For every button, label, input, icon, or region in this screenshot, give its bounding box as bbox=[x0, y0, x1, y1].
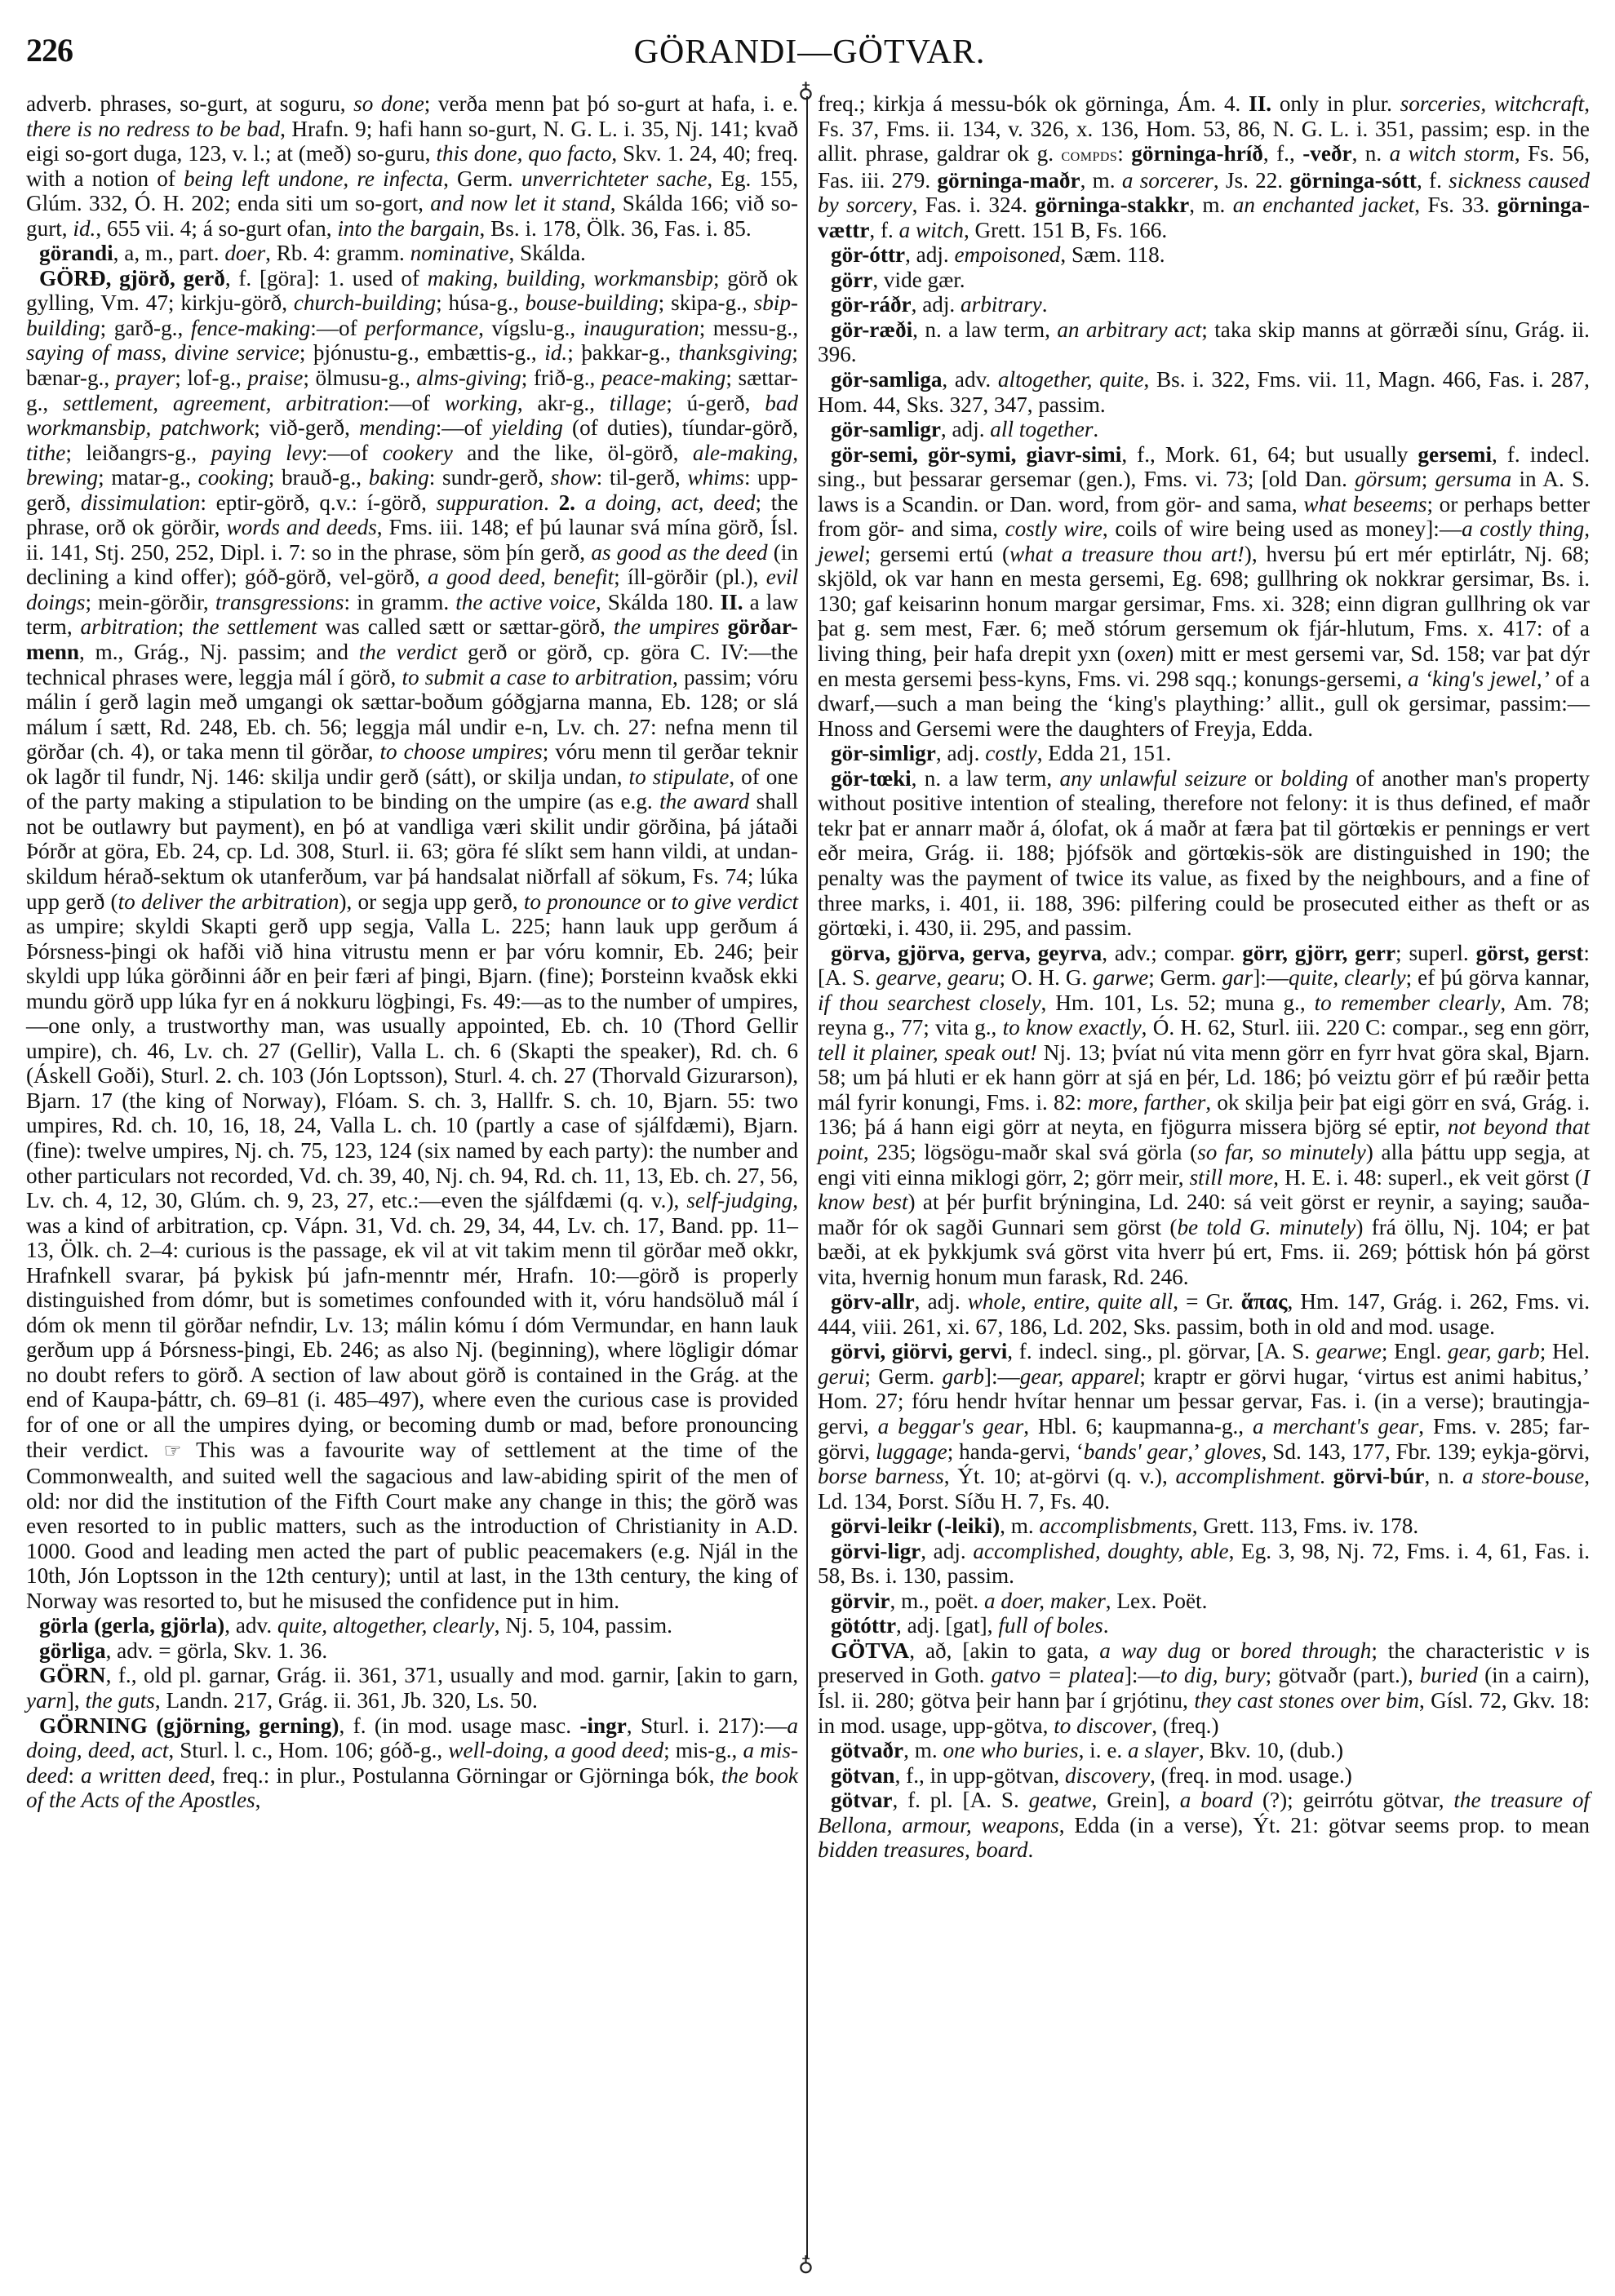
entry-text: cookery bbox=[383, 441, 453, 465]
entry-text: , adj. bbox=[941, 417, 990, 441]
entry-text: saying of mass, divine service bbox=[26, 340, 299, 365]
headword: görla (gerla, gjörla) bbox=[39, 1613, 224, 1638]
entry-text: :—of bbox=[310, 316, 365, 340]
entry-text: and now let it stand bbox=[430, 191, 610, 215]
entry-text: ; skipa-g., bbox=[659, 290, 754, 315]
dictionary-entry: görva, gjörva, gerva, geyrva, adv.; comp… bbox=[818, 941, 1590, 1290]
entry-text: to give verdict bbox=[672, 889, 798, 914]
entry-text: : sundr-gerð, bbox=[429, 465, 551, 490]
entry-text: yielding bbox=[491, 415, 563, 440]
entry-text: , f. bbox=[1417, 168, 1449, 193]
entry-text: . bbox=[1042, 292, 1048, 317]
entry-text: a ‘king's jewel,’ bbox=[1408, 667, 1550, 691]
entry-text: a written deed bbox=[81, 1763, 210, 1788]
entry-text: , f. pl. [A. S. bbox=[893, 1788, 1029, 1812]
entry-text: to discover bbox=[1054, 1713, 1151, 1738]
left-column: adverb. phrases, so-gurt, at soguru, so … bbox=[26, 91, 798, 1813]
entry-text: accomplished, doughty, able bbox=[973, 1539, 1228, 1563]
entry-text: , f., bbox=[1263, 141, 1302, 166]
entry-text: , coils of wire being used as money]:— bbox=[1103, 516, 1462, 541]
entry-text: praise bbox=[247, 366, 303, 390]
entry-text: any unlawful seizure bbox=[1060, 766, 1247, 791]
entry-text: gersuma bbox=[1435, 467, 1512, 491]
headword: görninga-stakkr bbox=[1035, 193, 1189, 217]
entry-text: a store-bouse bbox=[1462, 1464, 1584, 1488]
entry-text: ; gersemi ertú ( bbox=[864, 542, 1009, 566]
entry-text: a slayer bbox=[1128, 1738, 1199, 1762]
entry-text: ; ef þú görva kannar, bbox=[1406, 965, 1590, 990]
dictionary-entry: görvi, giörvi, gervi, f. indecl. sing., … bbox=[818, 1339, 1590, 1514]
entry-text: the award bbox=[659, 789, 749, 813]
dictionary-entry: GÖRNING (gjörning, gerning), f. (in mod.… bbox=[26, 1713, 798, 1813]
entry-text: geatwe bbox=[1029, 1788, 1092, 1812]
entry-text: gear, garb bbox=[1448, 1339, 1540, 1363]
entry-text: , a, m., part. bbox=[113, 241, 225, 265]
entry-text: tell it plainer, speak out! bbox=[818, 1040, 1037, 1065]
entry-text: paying levy bbox=[211, 441, 322, 465]
entry-text: unverrichteter sache bbox=[521, 166, 708, 191]
entry-text: , adj. bbox=[912, 292, 961, 317]
entry-text: to know exactly bbox=[1003, 1015, 1142, 1039]
dictionary-entry: götóttr, adj. [gat], full of boles. bbox=[818, 1613, 1590, 1638]
entry-text: ; messu-g., bbox=[699, 316, 798, 340]
entry-text: : bbox=[1117, 141, 1131, 166]
entry-text: suppuration bbox=[437, 490, 544, 515]
entry-text: ; mis-g., bbox=[663, 1738, 743, 1762]
entry-text: a board bbox=[1180, 1788, 1253, 1812]
entry-text: :—of bbox=[436, 415, 492, 440]
entry-text: adverb. phrases, so-gurt, at soguru, bbox=[26, 91, 353, 116]
entry-text: if thou searchest closely bbox=[818, 991, 1041, 1015]
entry-text: , f. indecl. sing., pl. görvar, [A. S. bbox=[1007, 1339, 1316, 1363]
entry-text: , Fs. 33. bbox=[1414, 193, 1497, 217]
entry-text: bored through bbox=[1240, 1638, 1371, 1663]
headword: gör-simligr bbox=[831, 741, 936, 765]
entry-text: whims bbox=[687, 465, 744, 490]
headword: görv-allr bbox=[831, 1289, 915, 1314]
entry-text: inauguration bbox=[583, 316, 699, 340]
entry-text: the guts bbox=[86, 1688, 155, 1713]
entry-text: altogether, quite bbox=[998, 367, 1144, 392]
entry-text: :—of bbox=[384, 391, 445, 415]
entry-text: , Ó. H. 62, Sturl. iii. 220 C: compar., … bbox=[1142, 1015, 1590, 1039]
headword: gör-ráðr bbox=[831, 292, 912, 317]
entry-text: nominative bbox=[410, 241, 509, 265]
entry-text: ; garð-g., bbox=[100, 316, 191, 340]
entry-text: , Grein], bbox=[1092, 1788, 1180, 1812]
dictionary-entry: görr, vide gær. bbox=[818, 268, 1590, 293]
entry-text: , Sd. 143, 177, Fbr. 139; eykja-görvi, bbox=[1262, 1439, 1590, 1464]
dictionary-entry: görliga, adv. = görla, Skv. 1. 36. bbox=[26, 1638, 798, 1664]
entry-text: , f. bbox=[869, 218, 898, 242]
entry-text bbox=[575, 490, 585, 515]
headword: görvi, giörvi, gervi bbox=[831, 1339, 1007, 1363]
dictionary-entry: gör-ráðr, adj. arbitrary. bbox=[818, 292, 1590, 317]
entry-text: was called sætt or sættar-görð, bbox=[317, 614, 614, 639]
entry-text: ; O. H. G. bbox=[1000, 965, 1094, 990]
entry-text: , Landn. 217, Grág. ii. 361, Jb. 320, Ls… bbox=[155, 1688, 538, 1713]
entry-text: (of duties), tíundar-görð, bbox=[563, 415, 798, 440]
page-title: GÖRANDI—GÖTVAR. bbox=[26, 33, 1593, 72]
headword: gör-semi, gör-symi, giavr-simi bbox=[831, 442, 1121, 467]
entry-text: , m. bbox=[1000, 1514, 1039, 1538]
entry-text: oxen bbox=[1125, 641, 1166, 666]
entry-text: , vide gær. bbox=[872, 268, 965, 292]
headword: götvar bbox=[831, 1788, 893, 1812]
entry-text: garb bbox=[943, 1364, 984, 1389]
headword: -ingr bbox=[579, 1713, 626, 1738]
entry-text: gatvo = platea bbox=[992, 1663, 1125, 1687]
entry-text: , = Gr. bbox=[1173, 1289, 1241, 1314]
entry-text: mending bbox=[359, 415, 436, 440]
entry-text: , freq.: in plur., Postulanna Görningar … bbox=[210, 1763, 721, 1788]
headword: -veðr bbox=[1302, 141, 1351, 166]
entry-text: , akr-g., bbox=[517, 391, 610, 415]
entry-text: whole, entire, quite all bbox=[968, 1289, 1173, 1314]
entry-text: id. bbox=[73, 216, 95, 241]
entry-text: to stipulate bbox=[629, 765, 730, 789]
entry-text: , Lex. Poët. bbox=[1106, 1589, 1208, 1613]
ornament-bottom-icon: ♁ bbox=[798, 2254, 814, 2275]
headword: GÖRNING (gjörning, gerning) bbox=[39, 1713, 339, 1738]
entry-text: ; brauð-g., bbox=[268, 465, 369, 490]
entry-text: ; Engl. bbox=[1382, 1339, 1448, 1363]
entry-text: making, building, workmansbip bbox=[428, 266, 713, 290]
entry-text: be told G. minutely bbox=[1177, 1215, 1355, 1239]
entry-text: or bbox=[1200, 1638, 1240, 1663]
entry-text: ; superl. bbox=[1395, 941, 1475, 965]
entry-text: arbitrary bbox=[961, 292, 1042, 317]
entry-text: ; bbox=[178, 614, 192, 639]
right-column: freq.; kirkja á messu-bók ok görninga, Á… bbox=[818, 91, 1590, 1863]
entry-text: ; Germ. bbox=[864, 1364, 942, 1389]
dictionary-entry: adverb. phrases, so-gurt, at soguru, so … bbox=[26, 91, 798, 241]
entry-text: , Hm. 101, Ls. 52; muna g., bbox=[1041, 991, 1315, 1015]
entry-text: gearwe bbox=[1316, 1339, 1382, 1363]
entry-text: , Germ. bbox=[443, 166, 521, 191]
entry-text: : til-gerð, bbox=[597, 465, 688, 490]
entry-text: , Sturl. l. c., Hom. 106; góð-g., bbox=[168, 1738, 448, 1762]
entry-text: id. bbox=[544, 340, 567, 365]
entry-text: ; the characteristic bbox=[1371, 1638, 1555, 1663]
headword: ἅπας bbox=[1241, 1289, 1288, 1314]
entry-text: ; íll-görðir (pl.), bbox=[614, 565, 766, 589]
entry-text: , að, [akin to gata, bbox=[909, 1638, 1099, 1663]
dictionary-entry: götvar, f. pl. [A. S. geatwe, Grein], a … bbox=[818, 1788, 1590, 1863]
entry-text: ; Hel. bbox=[1540, 1339, 1590, 1363]
headword: II. bbox=[1249, 91, 1271, 116]
pointing-hand-icon: ☞ bbox=[164, 1440, 182, 1462]
entry-text: . bbox=[1093, 417, 1098, 441]
entry-text: , f. (in mod. usage masc. bbox=[339, 1713, 579, 1738]
entry-text: , f., old pl. garnar, Grág. ii. 361, 371… bbox=[106, 1663, 798, 1687]
entry-text: , m. bbox=[1080, 168, 1122, 193]
entry-text: , adv.; compar. bbox=[1102, 941, 1242, 965]
entry-text: ; verða menn þat þó so-gurt at hafa, i. … bbox=[424, 91, 798, 116]
entry-text: buried bbox=[1420, 1663, 1478, 1687]
entry-text: , Sæm. 118. bbox=[1060, 242, 1165, 267]
entry-text: , Hbl. 6; kaupmanna-g., bbox=[1023, 1414, 1253, 1438]
dictionary-entry: gör-simligr, adj. costly, Edda 21, 151. bbox=[818, 741, 1590, 766]
entry-text: , m., poët. bbox=[890, 1589, 984, 1613]
entry-text: church-building bbox=[294, 290, 436, 315]
entry-text: of another man's property without positi… bbox=[818, 766, 1590, 940]
entry-text: . bbox=[1103, 1613, 1109, 1638]
entry-text: costly bbox=[985, 741, 1036, 765]
entry-text: garwe bbox=[1093, 965, 1148, 990]
headword: görandi bbox=[39, 241, 113, 265]
entry-text: words and deeds bbox=[227, 515, 377, 539]
entry-text: what beseems bbox=[1303, 492, 1426, 516]
entry-text: a witch storm bbox=[1390, 141, 1515, 166]
entry-text: fence-making bbox=[191, 316, 310, 340]
entry-text: ; þakkar-g., bbox=[567, 340, 678, 365]
dictionary-entry: götvan, f., in upp-götvan, discovery, (f… bbox=[818, 1763, 1590, 1788]
entry-text: as good as the deed bbox=[591, 540, 767, 565]
entry-text: so far, so minutely bbox=[1197, 1140, 1366, 1164]
entry-text: doer bbox=[224, 241, 265, 265]
entry-text: , Bkv. 10, (dub.) bbox=[1199, 1738, 1343, 1762]
entry-text: transgressions bbox=[215, 590, 344, 614]
headword: gör-ræði bbox=[831, 317, 912, 342]
entry-text: there is no redress to be bad bbox=[26, 117, 280, 141]
entry-text: cooking bbox=[198, 465, 268, 490]
entry-text: a doer, maker bbox=[984, 1589, 1106, 1613]
headword: götvaðr bbox=[831, 1738, 903, 1762]
entry-text: , i. e. bbox=[1079, 1738, 1128, 1762]
column-divider bbox=[806, 96, 808, 2258]
entry-text: performance bbox=[365, 316, 478, 340]
entry-text: ; handa-gervi, ‘ bbox=[947, 1439, 1084, 1464]
entry-text: , Nj. 5, 104, passim. bbox=[495, 1613, 672, 1638]
dictionary-entry: gör-samligr, adj. all together. bbox=[818, 417, 1590, 442]
entry-text: : eptir-görð, q.v.: í-görð, bbox=[200, 490, 436, 515]
entry-text: more, farther bbox=[1088, 1090, 1205, 1115]
dictionary-entry: GÖRN, f., old pl. garnar, Grág. ii. 361,… bbox=[26, 1663, 798, 1713]
dictionary-entry: görvi-leikr (-leiki), m. accomplisbments… bbox=[818, 1514, 1590, 1539]
entry-text: full of boles bbox=[998, 1613, 1103, 1638]
entry-text: (?); geirrótu götvar, bbox=[1253, 1788, 1453, 1812]
entry-text: luggage bbox=[876, 1439, 947, 1464]
entry-text: gerui bbox=[818, 1364, 864, 1389]
headword: GÖRÐ, gjörð, gerð bbox=[39, 266, 225, 290]
entry-text: , m., Grág., Nj. passim; and bbox=[79, 640, 359, 664]
entry-text: ; götvaðr (part.), bbox=[1266, 1663, 1420, 1687]
entry-text: this done, quo facto bbox=[436, 141, 611, 166]
headword: 2. bbox=[559, 490, 575, 515]
entry-text: , was a kind of arbitration, cp. Vápn. 3… bbox=[26, 1188, 798, 1461]
entry-text: the active voice bbox=[455, 590, 596, 614]
entry-text: ; bbox=[1422, 467, 1435, 491]
entry-text: gloves bbox=[1205, 1439, 1261, 1464]
entry-text: well-doing, a good deed bbox=[448, 1738, 663, 1762]
headword: gör-samliga bbox=[831, 367, 942, 392]
entry-text: ; Germ. bbox=[1148, 965, 1222, 990]
entry-text: to remember clearly bbox=[1315, 991, 1501, 1015]
entry-text: ]:— bbox=[984, 1364, 1020, 1389]
entry-text: , Ýt. 10; at-görvi (q. v.), bbox=[944, 1464, 1176, 1488]
entry-text: the verdict bbox=[359, 640, 458, 664]
entry-text: , (freq.) bbox=[1151, 1713, 1218, 1738]
entry-text: bands' gear bbox=[1084, 1439, 1188, 1464]
entry-text: , adj. bbox=[905, 242, 954, 267]
entry-text: working bbox=[445, 391, 517, 415]
dictionary-entry: gör-óttr, adj. empoisoned, Sæm. 118. bbox=[818, 242, 1590, 268]
entry-text: , H. E. i. 48: superl., ek veit görst ( bbox=[1273, 1165, 1582, 1190]
entry-text: thanksgiving bbox=[678, 340, 792, 365]
entry-text: arbitration bbox=[81, 614, 178, 639]
entry-text: alms-giving bbox=[416, 366, 521, 390]
entry-text: ]:— bbox=[1253, 965, 1289, 990]
entry-text: a merchant's gear bbox=[1253, 1414, 1418, 1438]
entry-text: to submit a case to arbitration bbox=[402, 665, 672, 689]
page-header: 226 GÖRANDI—GÖTVAR. bbox=[26, 31, 1593, 72]
entry-text: , Skálda 180. bbox=[596, 590, 721, 614]
entry-text: or bbox=[641, 889, 672, 914]
entry-text: what a treasure thou art! bbox=[1009, 542, 1245, 566]
entry-text: , Js. 22. bbox=[1213, 168, 1290, 193]
entry-text: , 235; lögsögu-maðr skal svá görla ( bbox=[863, 1140, 1197, 1164]
entry-text: ; ú-gerð, bbox=[666, 391, 765, 415]
entry-text: so done bbox=[353, 91, 424, 116]
entry-text: , Edda (in a verse), Ýt. 21: götvar seem… bbox=[1059, 1813, 1590, 1837]
entry-text: , Grett. 151 B, Fs. 166. bbox=[964, 218, 1167, 242]
entry-text: settlement, agreement, arbitration bbox=[63, 391, 384, 415]
entry-text: , n. bbox=[1424, 1464, 1462, 1488]
headword: GÖTVA bbox=[831, 1638, 909, 1663]
headword: götvan bbox=[831, 1763, 895, 1788]
dictionary-entry: görandi, a, m., part. doer, Rb. 4: gramm… bbox=[26, 241, 798, 266]
entry-text: . bbox=[544, 490, 559, 515]
entry-text: show bbox=[551, 465, 597, 490]
headword: görr, gjörr, gerr bbox=[1242, 941, 1395, 965]
entry-text: :—of bbox=[322, 441, 383, 465]
entry-text: the settlement bbox=[192, 614, 317, 639]
entry-text: a witch bbox=[899, 218, 964, 242]
entry-text: , adv. = görla, Skv. 1. 36. bbox=[106, 1638, 328, 1663]
entry-text: This was a favourite way of settlement a… bbox=[26, 1438, 798, 1613]
headword: görvi-leikr (-leiki) bbox=[831, 1514, 1000, 1538]
entry-text: an arbitrary act bbox=[1057, 317, 1201, 342]
headword: görninga-hríð bbox=[1131, 141, 1263, 166]
entry-text: freq.; kirkja á messu-bók ok görninga, Á… bbox=[818, 91, 1249, 116]
entry-text: ; húsa-g., bbox=[436, 290, 525, 315]
dictionary-entry: görvi-ligr, adj. accomplished, doughty, … bbox=[818, 1539, 1590, 1589]
entry-text: quite, clearly bbox=[1289, 965, 1406, 990]
entry-text: , f., in upp-götvan, bbox=[895, 1763, 1065, 1788]
entry-text: ; mein-görðir, bbox=[86, 590, 215, 614]
entry-text: only in plur. bbox=[1271, 91, 1400, 116]
entry-text: peace-making bbox=[601, 366, 725, 390]
entry-text: görsum bbox=[1355, 467, 1422, 491]
entry-text: bidden treasures, board bbox=[818, 1837, 1028, 1862]
headword: görr bbox=[831, 268, 872, 292]
entry-text: : bbox=[68, 1763, 81, 1788]
entry-text: , Bs. i. 178, Ölk. 36, Fas. i. 85. bbox=[480, 216, 752, 241]
entry-text: , bbox=[255, 1788, 261, 1812]
entry-text: empoisoned bbox=[954, 242, 1060, 267]
headword: gersemi bbox=[1418, 442, 1492, 467]
entry-text: quite, altogether, clearly bbox=[277, 1613, 495, 1638]
entry-text: , m. bbox=[1189, 193, 1233, 217]
entry-text: . bbox=[1320, 1464, 1333, 1488]
entry-text: , Skálda. bbox=[508, 241, 585, 265]
headword: gör-óttr bbox=[831, 242, 905, 267]
entry-text: prayer bbox=[116, 366, 175, 390]
entry-text: ,’ bbox=[1187, 1439, 1205, 1464]
headword: görliga bbox=[39, 1638, 106, 1663]
headword: görvi-ligr bbox=[831, 1539, 921, 1563]
entry-text: compds bbox=[1061, 144, 1117, 166]
entry-text: to pronounce bbox=[524, 889, 641, 914]
entry-text: , n. bbox=[1352, 141, 1390, 166]
entry-text: discovery bbox=[1065, 1763, 1150, 1788]
entry-text: accomplishment bbox=[1175, 1464, 1320, 1488]
dictionary-entry: görv-allr, adj. whole, entire, quite all… bbox=[818, 1289, 1590, 1339]
dictionary-entry: gör-tœki, n. a law term, any unlawful se… bbox=[818, 766, 1590, 941]
entry-text: ; lof-g., bbox=[175, 366, 247, 390]
entry-text: dissimulation bbox=[81, 490, 201, 515]
entry-text bbox=[720, 614, 728, 639]
entry-text: , m. bbox=[903, 1738, 943, 1762]
entry-text: a way dug bbox=[1099, 1638, 1200, 1663]
entry-text: all together bbox=[990, 417, 1093, 441]
entry-text: bouse-building bbox=[526, 290, 659, 315]
dictionary-entry: görla (gerla, gjörla), adv. quite, altog… bbox=[26, 1613, 798, 1638]
entry-text: a beggar's gear bbox=[878, 1414, 1024, 1438]
entry-text: costly wire bbox=[1005, 516, 1103, 541]
entry-text: ; við-gerð, bbox=[254, 415, 359, 440]
entry-text: ), or segja upp gerð, bbox=[339, 889, 523, 914]
headword: gör-tœki bbox=[831, 766, 912, 791]
headword: II. bbox=[721, 590, 743, 614]
entry-text: being left undone, re infecta bbox=[184, 166, 443, 191]
entry-text: into the bargain bbox=[337, 216, 479, 241]
entry-text: , Sturl. i. 217):— bbox=[627, 1713, 788, 1738]
headword: görvi-búr bbox=[1333, 1464, 1425, 1488]
entry-text: a good deed, benefit bbox=[428, 565, 614, 589]
headword: gör-samligr bbox=[831, 417, 941, 441]
entry-text: borse barness bbox=[818, 1464, 944, 1488]
entry-text: a sorcerer bbox=[1122, 168, 1213, 193]
headword: görvir bbox=[831, 1589, 890, 1613]
entry-text: , adj. bbox=[936, 741, 985, 765]
entry-text: v bbox=[1555, 1638, 1564, 1663]
dictionary-entry: GÖRÐ, gjörð, gerð, f. [göra]: 1. used of… bbox=[26, 266, 798, 1614]
entry-text: , f. [göra]: 1. used of bbox=[225, 266, 428, 290]
entry-text: yarn bbox=[26, 1688, 67, 1713]
entry-text: to dig, bury bbox=[1160, 1663, 1266, 1687]
entry-text: , adj. bbox=[921, 1539, 973, 1563]
entry-text: , 655 vii. 4; á so-gurt ofan, bbox=[95, 216, 337, 241]
entry-text: accomplisbments bbox=[1039, 1514, 1191, 1538]
dictionary-entry: gör-ræði, n. a law term, an arbitrary ac… bbox=[818, 317, 1590, 367]
headword: görninga-maðr bbox=[937, 168, 1080, 193]
entry-text: tillage bbox=[610, 391, 666, 415]
entry-text: , n. a law term, bbox=[912, 317, 1057, 342]
entry-text: ], bbox=[67, 1688, 86, 1713]
entry-text: . bbox=[1028, 1837, 1034, 1862]
entry-text: they cast stones over bim bbox=[1194, 1688, 1419, 1713]
entry-text: the umpires bbox=[614, 614, 720, 639]
entry-text: ; matar-g., bbox=[98, 465, 198, 490]
entry-text: , adv. bbox=[942, 367, 998, 392]
headword: GÖRN bbox=[39, 1663, 106, 1687]
entry-text: an enchanted jacket bbox=[1233, 193, 1415, 217]
entry-text: ; þjónustu-g., embættis-g., bbox=[299, 340, 544, 365]
entry-text: , vígslu-g., bbox=[478, 316, 583, 340]
dictionary-entry: götvaðr, m. one who buries, i. e. a slay… bbox=[818, 1738, 1590, 1763]
